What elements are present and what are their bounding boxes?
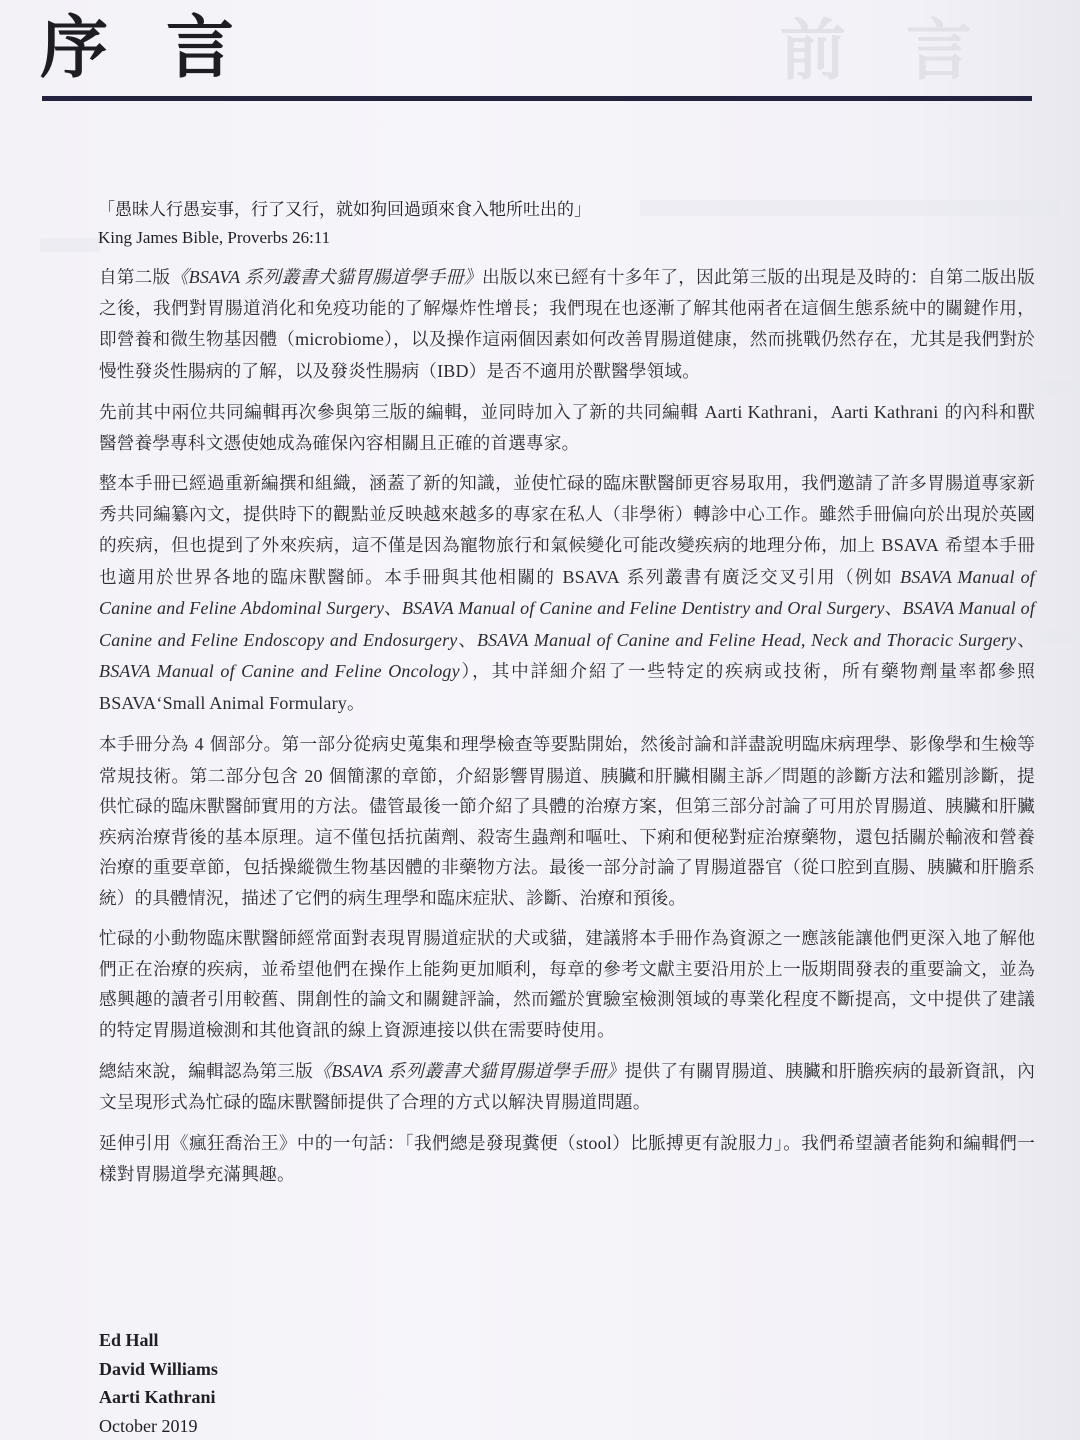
signature-block: Ed Hall David Williams Aarti Kathrani Oc… [99,1326,218,1440]
paragraph: 自第二版《BSAVA 系列叢書犬貓胃腸道學手冊》出版以來已經有十多年了，因此第三… [99,262,1035,387]
editor-name: Ed Hall [99,1326,218,1355]
editor-name: Aarti Kathrani [99,1383,218,1412]
text-segment: 忙碌的小動物臨床獸醫師經常面對表現胃腸道症狀的犬或貓，建議將本手冊作為資源之一應… [99,929,1035,1041]
ghost-title-bleed: 前言 [780,10,1032,90]
page-title: 序言 [40,8,292,88]
text-segment: BSAVA [562,567,619,587]
text-segment: microbiome [295,329,384,349]
text-segment: 。 [347,694,365,714]
epigraph-quote: 「愚昧人行愚妄事，行了又行，就如狗回過頭來食入牠所吐出的」 [98,197,998,223]
text-segment: 、 [885,599,903,619]
text-segment: ， [812,403,831,423]
title-rule [42,96,1032,101]
text-segment: BSAVA Manual of Canine and Feline Head, … [477,630,1016,650]
text-segment: 、 [458,631,477,651]
preface-body: 自第二版《BSAVA 系列叢書犬貓胃腸道學手冊》出版以來已經有十多年了，因此第三… [99,262,1035,1200]
text-segment: 本手冊分為 [99,735,195,755]
text-segment: 自第二版 [99,268,170,288]
text-segment: 《BSAVA 系列叢書犬貓胃腸道學手冊》 [313,1061,625,1081]
bleed-through-artifact [1040,380,1080,394]
text-segment: 《BSAVA 系列叢書犬貓胃腸道學手冊》 [170,267,482,287]
text-segment: 、 [1016,631,1035,651]
text-segment: BSAVA Manual of Canine and Feline Dentis… [402,598,885,618]
text-segment: 總結來說，編輯認為第三版 [99,1062,313,1082]
bleed-through-artifact [40,238,100,252]
text-segment: Aarti Kathrani [705,402,813,422]
epigraph: 「愚昧人行愚妄事，行了又行，就如狗回過頭來食入牠所吐出的」 King James… [98,197,998,251]
text-segment: ）是否不適用於獸醫學領域。 [469,362,700,382]
paragraph: 總結來說，編輯認為第三版《BSAVA 系列叢書犬貓胃腸道學手冊》提供了有關胃腸道… [99,1056,1035,1118]
document-page: 前言 序言 「愚昧人行愚妄事，行了又行，就如狗回過頭來食入牠所吐出的」 King… [0,0,1080,1440]
text-segment: 、 [384,599,402,619]
text-segment: BSAVA‘Small Animal Formulary [99,693,347,713]
paragraph: 整本手冊已經過重新編撰和組織，涵蓋了新的知識，並使忙碌的臨床獸醫師更容易取用，我… [99,469,1035,719]
text-segment: IBD [437,361,469,381]
text-segment: 先前其中兩位共同編輯再次參與第三版的編輯，並同時加入了新的共同編輯 [99,403,705,423]
text-segment: 4 [195,734,204,754]
text-segment: ），其中詳細介紹了一些特定的疾病或技術，所有藥物劑量率都參照 [460,662,1035,682]
paragraph: 先前其中兩位共同編輯再次參與第三版的編輯，並同時加入了新的共同編輯 Aarti … [99,397,1035,459]
text-segment: 延伸引用《瘋狂喬治王》中的一句話：「我們總是發現糞便（ [99,1134,576,1154]
signature-date: October 2019 [99,1412,218,1440]
epigraph-source: King James Bible, Proverbs 26:11 [98,225,998,251]
text-segment: stool [576,1133,612,1153]
text-segment: BSAVA Manual of Canine and Feline Oncolo… [99,661,460,681]
text-segment: Aarti Kathrani [831,402,939,422]
text-segment: BSAVA [882,535,939,555]
paragraph: 延伸引用《瘋狂喬治王》中的一句話：「我們總是發現糞便（stool）比脈搏更有說服… [99,1128,1035,1190]
text-segment: 個簡潔的章節，介紹影響胃腸道、胰臟和肝臟相關主訴／問題的診斷方法和鑑別診斷，提供… [99,767,1035,909]
text-segment: 系列叢書有廣泛交叉引用（例如 [620,568,900,588]
editor-name: David Williams [99,1355,218,1384]
paragraph: 忙碌的小動物臨床獸醫師經常面對表現胃腸道症狀的犬或貓，建議將本手冊作為資源之一應… [99,924,1035,1046]
text-segment: 20 [304,766,322,786]
paragraph: 本手冊分為 4 個部分。第一部分從病史蒐集和理學檢查等要點開始，然後討論和詳盡說… [99,729,1035,914]
bleed-through-artifact [1040,630,1080,644]
